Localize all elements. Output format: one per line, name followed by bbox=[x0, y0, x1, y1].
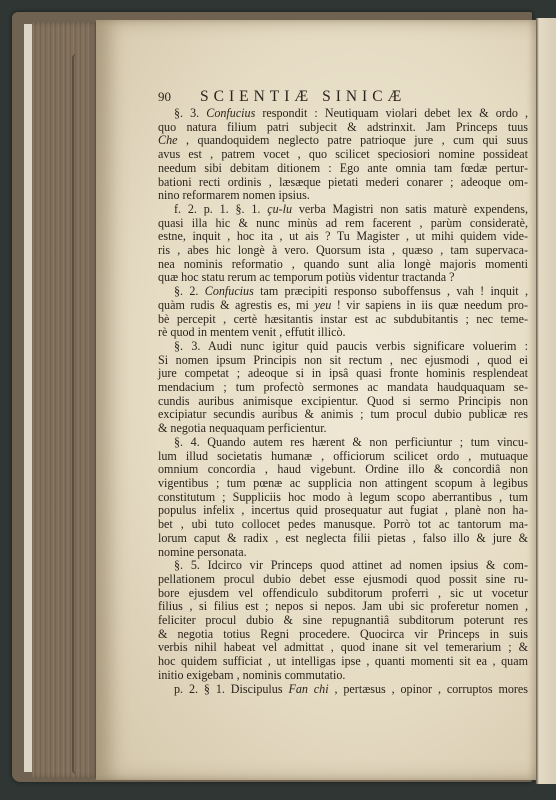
text-segment: lum illud societatis humanæ , officiorum… bbox=[158, 449, 528, 463]
text-line: & negotia totius Regni procedere. Quocir… bbox=[158, 628, 528, 642]
text-line: verbis nihil habeat vel admittat , quod … bbox=[158, 641, 528, 655]
book-page: 90 SCIENTIÆ SINICÆ §. 3. Confucius respo… bbox=[96, 20, 536, 780]
text-segment: nino reformarem nomen ipsius. bbox=[158, 188, 310, 202]
text-line: Si nomen ipsum Principis non sit rectum … bbox=[158, 354, 528, 368]
text-line: nino reformarem nomen ipsius. bbox=[158, 189, 528, 203]
text-segment: vigentibus ; tum pœnæ ac supplicia non a… bbox=[158, 476, 528, 490]
paragraph-p2-s1: p. 2. § 1. Discipulus Fan chi , pertæsus… bbox=[158, 683, 528, 697]
text-segment: excipiatur secundis auribus & animis ; t… bbox=[158, 407, 528, 421]
italic-name: Confucius bbox=[205, 284, 254, 298]
text-segment: bè percepit , certè hæsitantis instar es… bbox=[158, 312, 528, 326]
text-line: excipiatur secundis auribus & animis ; t… bbox=[158, 408, 528, 422]
text-segment: Si nomen ipsum Principis non sit rectum … bbox=[158, 353, 528, 367]
text-segment: §. 3. Audi nunc igitur quid paucis verbi… bbox=[174, 339, 528, 353]
text-segment: avus est , patrem vocet , quo scilicet s… bbox=[158, 147, 528, 161]
text-segment: quo natura filium patri subjecit & adstr… bbox=[158, 120, 528, 134]
text-segment: p. 2. § 1. Discipulus bbox=[174, 682, 288, 696]
text-segment: tam præcipiti responso suboffensus , vah… bbox=[254, 284, 528, 298]
body-paragraphs: §. 3. Confucius respondit : Neutiquam vi… bbox=[158, 107, 528, 696]
text-line: Che , quandoquidem neglecto patre patrio… bbox=[158, 134, 528, 148]
text-segment: hoc quidem sufficiat , ut intelligas ips… bbox=[158, 654, 528, 668]
text-segment: nea nominis reformatio , quando sunt ali… bbox=[158, 257, 528, 271]
text-line: quasi illa hic & nunc minùs ad rem facer… bbox=[158, 217, 528, 231]
text-segment: , pertæsus , opinor , corruptos mores bbox=[329, 682, 528, 696]
book-scan: 90 SCIENTIÆ SINICÆ §. 3. Confucius respo… bbox=[0, 0, 556, 800]
text-line: f. 2. p. 1. §. 1. çu-lu verba Magistri n… bbox=[158, 203, 528, 217]
text-line: hoc quidem sufficiat , ut intelligas ips… bbox=[158, 655, 528, 669]
page-number: 90 bbox=[158, 90, 200, 104]
text-segment: quasi illa hic & nunc minùs ad rem facer… bbox=[158, 216, 528, 230]
text-segment: bationi recti ordinis , læsæque pietati … bbox=[158, 175, 528, 189]
text-line: ris , abes hic longè à vero. Quorsum ist… bbox=[158, 244, 528, 258]
text-segment: f. 2. p. 1. §. 1. bbox=[174, 202, 267, 216]
text-segment: mendacium ; tum profectò sermones ac man… bbox=[158, 380, 528, 394]
text-segment: quæ hoc statu rerum ac temporum potiùs v… bbox=[158, 270, 455, 284]
text-segment: rè quod in mentem venit , effutit illicò… bbox=[158, 325, 346, 339]
paragraph-s4: §. 4. Quando autem res hærent & non perf… bbox=[158, 436, 528, 559]
text-line: populus infelix , incertus quid prosequa… bbox=[158, 504, 528, 518]
text-line: estne, inquit , hoc ita , ut ais ? Tu Ma… bbox=[158, 230, 528, 244]
text-line: quo natura filium patri subjecit & adstr… bbox=[158, 121, 528, 135]
text-segment: & negotia totius Regni procedere. Quocir… bbox=[158, 627, 528, 641]
paragraph-s5: §. 5. Idcirco vir Princeps quod attinet … bbox=[158, 559, 528, 682]
text-line: bè percepit , certè hæsitantis instar es… bbox=[158, 313, 528, 327]
italic-name: Fan chi bbox=[288, 682, 328, 696]
page-text: 90 SCIENTIÆ SINICÆ §. 3. Confucius respo… bbox=[158, 90, 528, 696]
text-line: lum illud societatis humanæ , officiorum… bbox=[158, 450, 528, 464]
text-segment: initio exigebam , nominis commutatio. bbox=[158, 668, 345, 682]
text-line: §. 4. Quando autem res hærent & non perf… bbox=[158, 436, 528, 450]
text-segment: bet , ubi tuto collocet pedes manusque. … bbox=[158, 517, 528, 531]
text-segment: bore ejusdem vel offendiculo subditorum … bbox=[158, 586, 528, 600]
text-line: rè quod in mentem venit , effutit illicò… bbox=[158, 326, 528, 340]
paragraph-s3-first: §. 3. Confucius respondit : Neutiquam vi… bbox=[158, 107, 528, 203]
text-line: §. 3. Confucius respondit : Neutiquam vi… bbox=[158, 107, 528, 121]
text-segment: verbis nihil habeat vel admittat , quod … bbox=[158, 640, 528, 654]
text-segment: ! vir sapiens in iis quæ needum pro- bbox=[331, 298, 528, 312]
text-line: initio exigebam , nominis commutatio. bbox=[158, 669, 528, 683]
text-segment: estne, inquit , hoc ita , ut ais ? Tu Ma… bbox=[158, 229, 528, 243]
text-segment: filius , si filius est ; nepos si nepos.… bbox=[158, 599, 528, 613]
text-line: feliciter procul dubio & sine repugnanti… bbox=[158, 614, 528, 628]
text-segment: & negotia nequaquam perficientur. bbox=[158, 421, 327, 435]
text-segment: populus infelix , incertus quid prosequa… bbox=[158, 503, 528, 517]
text-segment: pellationem procul dubio debet esse ejus… bbox=[158, 572, 528, 586]
text-line: & negotia nequaquam perficientur. bbox=[158, 422, 528, 436]
text-segment: §. 5. Idcirco vir Princeps quod attinet … bbox=[174, 558, 528, 572]
italic-name: çu-lu bbox=[267, 202, 292, 216]
text-segment: ris , abes hic longè à vero. Quorsum ist… bbox=[158, 243, 528, 257]
text-line: quæ hoc statu rerum ac temporum potiùs v… bbox=[158, 271, 528, 285]
text-line: mendacium ; tum profectò sermones ac man… bbox=[158, 381, 528, 395]
text-segment: , quandoquidem neglecto patre patrioque … bbox=[177, 133, 528, 147]
text-line: needum sibi debitam ditionem : Ego ante … bbox=[158, 162, 528, 176]
text-segment: §. 4. Quando autem res hærent & non perf… bbox=[174, 435, 528, 449]
text-line: p. 2. § 1. Discipulus Fan chi , pertæsus… bbox=[158, 683, 528, 697]
page-block-edge bbox=[32, 22, 98, 778]
text-segment: cundis auribus animisque excipientur. Qu… bbox=[158, 394, 528, 408]
text-segment: lorum caput & radix , est neglecta filii… bbox=[158, 531, 528, 545]
paragraph-s2: §. 2. Confucius tam præcipiti responso s… bbox=[158, 285, 528, 340]
text-line: §. 2. Confucius tam præcipiti responso s… bbox=[158, 285, 528, 299]
paragraph-f2-p1-s1: f. 2. p. 1. §. 1. çu-lu verba Magistri n… bbox=[158, 203, 528, 285]
text-line: cundis auribus animisque excipientur. Qu… bbox=[158, 395, 528, 409]
text-segment: §. 2. bbox=[174, 284, 205, 298]
text-line: §. 3. Audi nunc igitur quid paucis verbi… bbox=[158, 340, 528, 354]
text-segment: §. 3. bbox=[174, 106, 206, 120]
text-line: bationi recti ordinis , læsæque pietati … bbox=[158, 176, 528, 190]
running-head: 90 SCIENTIÆ SINICÆ bbox=[158, 90, 528, 107]
text-line: avus est , patrem vocet , quo scilicet s… bbox=[158, 148, 528, 162]
text-segment: verba Magistri non satis maturè expenden… bbox=[292, 202, 528, 216]
italic-name: Confucius bbox=[206, 106, 255, 120]
text-line: nea nominis reformatio , quando sunt ali… bbox=[158, 258, 528, 272]
text-line: lorum caput & radix , est neglecta filii… bbox=[158, 532, 528, 546]
torn-edge-mark bbox=[72, 54, 86, 774]
text-line: pellationem procul dubio debet esse ejus… bbox=[158, 573, 528, 587]
text-line: bet , ubi tuto collocet pedes manusque. … bbox=[158, 518, 528, 532]
text-segment: quàm rudis & agrestis es, mi bbox=[158, 298, 314, 312]
text-segment: jure competat ; adeoque si in ipsâ quasi… bbox=[158, 366, 528, 380]
italic-name: yeu bbox=[314, 298, 331, 312]
text-line: nomine personata. bbox=[158, 546, 528, 560]
text-segment: nomine personata. bbox=[158, 545, 247, 559]
text-line: bore ejusdem vel offendiculo subditorum … bbox=[158, 587, 528, 601]
text-segment: needum sibi debitam ditionem : Ego ante … bbox=[158, 161, 528, 175]
text-segment: respondit : Neutiquam violari debet lex … bbox=[255, 106, 528, 120]
text-line: filius , si filius est ; nepos si nepos.… bbox=[158, 600, 528, 614]
facing-page-edge bbox=[536, 18, 556, 784]
running-head-title: SCIENTIÆ SINICÆ bbox=[200, 90, 406, 104]
text-line: vigentibus ; tum pœnæ ac supplicia non a… bbox=[158, 477, 528, 491]
text-segment: omnium concordia , haud vigebunt. Ordine… bbox=[158, 462, 528, 476]
text-line: constitutum ; Suppliciis hoc modo à legu… bbox=[158, 491, 528, 505]
italic-name: Che bbox=[158, 133, 177, 147]
text-line: omnium concordia , haud vigebunt. Ordine… bbox=[158, 463, 528, 477]
text-line: jure competat ; adeoque si in ipsâ quasi… bbox=[158, 367, 528, 381]
text-line: quàm rudis & agrestis es, mi yeu ! vir s… bbox=[158, 299, 528, 313]
text-segment: constitutum ; Suppliciis hoc modo à legu… bbox=[158, 490, 528, 504]
text-segment: feliciter procul dubio & sine repugnanti… bbox=[158, 613, 528, 627]
text-line: §. 5. Idcirco vir Princeps quod attinet … bbox=[158, 559, 528, 573]
paragraph-s3-second: §. 3. Audi nunc igitur quid paucis verbi… bbox=[158, 340, 528, 436]
